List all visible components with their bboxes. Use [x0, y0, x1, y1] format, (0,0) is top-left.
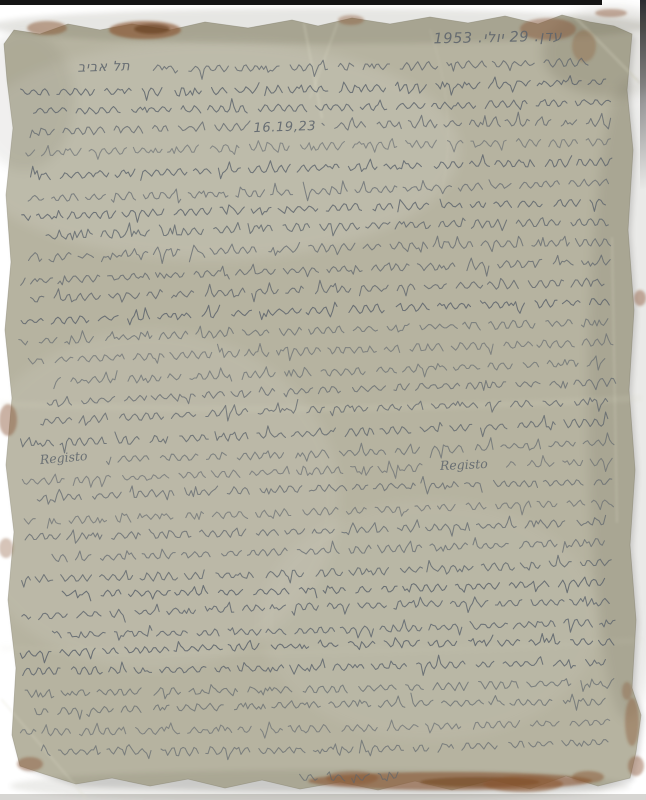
scanned-letter-page: עדן. 29 יולי. 1953 תל אביב 16.19,23 Regi… [0, 0, 646, 800]
scanner-top-bar [0, 0, 602, 5]
date-numbers-text: 16.19,23 [253, 119, 316, 136]
letter-scan-svg: עדן. 29 יולי. 1953 תל אביב 16.19,23 Regi… [0, 0, 646, 800]
registo-word-second: Registo [439, 456, 488, 473]
dateline-text: עדן. 29 יולי. 1953 [433, 29, 562, 48]
tel-aviv-text: תל אביב [77, 58, 130, 75]
